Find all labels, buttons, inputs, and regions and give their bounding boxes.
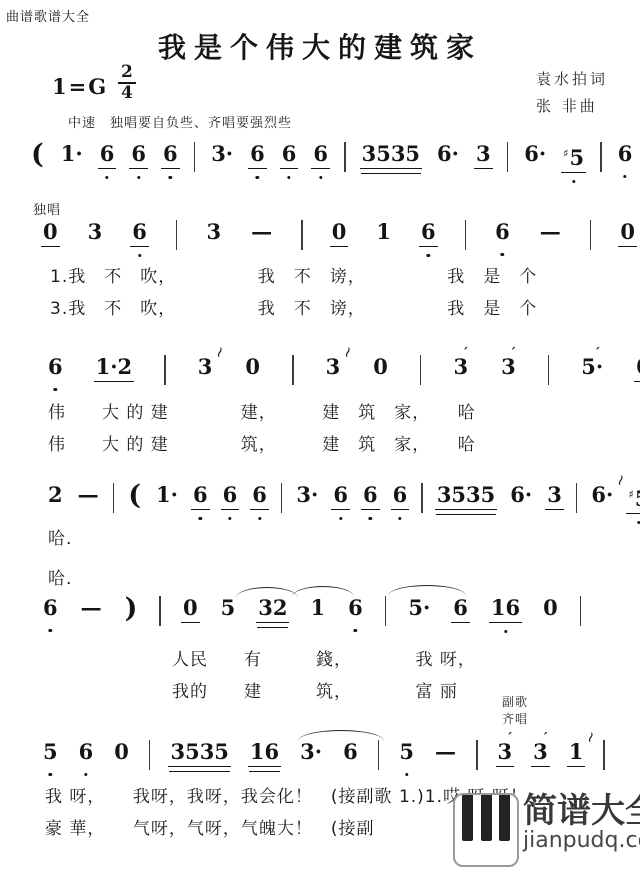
lyrics-line-2-verse-1: 1.我 不 吹， 我 不 谤， 我 是 个 [50, 262, 537, 287]
octave-dot [54, 388, 57, 391]
note: 3 [85, 220, 106, 258]
note: 6 [360, 483, 381, 522]
music-line-5: 6—)0532165·6160 [40, 596, 583, 636]
octave-dot [504, 630, 507, 633]
tempo-marking: 中速 独唱要自负些、齐唱要强烈些 [68, 112, 292, 131]
music-line-2: 0363—0166—0532 [40, 220, 640, 259]
music-line-3: 61·23≀03≀03ˊ3ˊ5·ˊ01 [45, 355, 640, 394]
note: 3ˊ [530, 740, 551, 779]
dash-note: — [537, 220, 564, 258]
barline [507, 142, 509, 172]
note: 0 [540, 596, 561, 634]
barline [194, 142, 196, 172]
note: 6 [390, 483, 411, 522]
lyrics-line-5-verse-1: 人民 有 錢， 我 呀， [172, 645, 476, 670]
note: 3535 [167, 740, 231, 779]
octave-dot [169, 176, 172, 179]
note: 3 [203, 220, 224, 258]
lyrics-line-3-verse-3: 伟 大 的 建 筑， 建 筑 家， 哈 [48, 430, 476, 455]
parenthesis: ( [125, 483, 144, 523]
barline [159, 596, 161, 626]
octave-dot [228, 517, 231, 520]
note: 6 [279, 142, 300, 181]
barline [301, 220, 303, 250]
key-signature: 1=G [52, 74, 108, 99]
note: 6 [40, 596, 61, 634]
accent-icon: ˊ [509, 342, 516, 366]
note: 0 [617, 220, 638, 259]
octave-dot [287, 176, 290, 179]
octave-dot [354, 629, 357, 632]
barline [476, 740, 478, 770]
note: 0 [111, 740, 132, 778]
lyrics-line-2-verse-3: 3.我 不 吹， 我 不 谤， 我 是 个 [50, 294, 537, 319]
sharp-icon: ♯ [628, 488, 633, 501]
barline [603, 740, 605, 770]
note: 32 [255, 596, 290, 635]
sheet-music-page: 曲谱歌谱大全 我是个伟大的建筑家 1=G 2 4 袁水拍词 张 非曲 中速 独唱… [0, 0, 640, 872]
barline [164, 355, 166, 385]
note: 0 [370, 355, 391, 393]
barline [590, 220, 592, 250]
note: 6· [434, 142, 462, 180]
dash-note: — [248, 220, 275, 258]
barline [548, 355, 550, 385]
note: 6 [128, 142, 149, 181]
note: 1 [373, 220, 394, 258]
lyrics-line-5-verse-3: 我的 建 筑， 富 丽 [172, 677, 458, 702]
sharp-icon: ♯ [563, 147, 568, 160]
note: 5·ˊ [578, 355, 606, 393]
barline [378, 740, 380, 770]
octave-dot [138, 254, 141, 257]
note: 5 [396, 740, 417, 778]
note: 6 [492, 220, 513, 258]
note: 2 [45, 483, 66, 521]
note: 6 [190, 483, 211, 522]
note: 6 [45, 355, 66, 393]
octave-dot [105, 176, 108, 179]
octave-dot [319, 176, 322, 179]
note: 16 [247, 740, 282, 779]
chorus-label: 副歌 齐唱 [502, 694, 528, 728]
ornament-icon: ≀ [213, 340, 226, 365]
note: 3≀ [323, 355, 344, 393]
note: 01 [633, 355, 640, 394]
octave-dot [49, 773, 52, 776]
note: 6 [76, 740, 97, 778]
note: 3≀ [195, 355, 216, 393]
note: 1≀ [566, 740, 587, 779]
note: 16 [488, 596, 523, 635]
barline [465, 220, 467, 250]
note: 6 [97, 142, 118, 181]
barline [420, 355, 422, 385]
octave-dot [339, 517, 342, 520]
note: 3· [293, 483, 321, 521]
octave-dot [501, 253, 504, 256]
note: 5 [218, 596, 239, 634]
barline [421, 483, 423, 513]
note: 0 [180, 596, 201, 635]
accent-icon: ˊ [462, 342, 469, 366]
octave-dot [137, 176, 140, 179]
octave-dot [398, 517, 401, 520]
octave-dot [84, 773, 87, 776]
lyrics-line-4-verse-3: 哈. [48, 564, 72, 589]
note: 3ˊ [498, 355, 519, 393]
octave-dot [623, 175, 626, 178]
note: 3ˊ [495, 740, 516, 779]
accent-icon: ˊ [506, 727, 513, 751]
accent-icon: ˊ [542, 727, 549, 751]
note: 6 [249, 483, 270, 522]
chorus-label-top: 副歌 [502, 694, 528, 711]
note: 3 [473, 142, 494, 181]
barline [281, 483, 283, 513]
note: 6 [247, 142, 268, 181]
note: 6 [450, 596, 471, 635]
octave-dot [369, 517, 372, 520]
note: 3535 [434, 483, 498, 522]
note: 0 [40, 220, 61, 259]
note: ♯5 [560, 142, 587, 185]
note: 5 [40, 740, 61, 778]
octave-dot [256, 176, 259, 179]
chorus-label-bottom: 齐唱 [502, 711, 528, 728]
note: 3 [544, 483, 565, 522]
meter-denominator: 4 [118, 84, 136, 102]
barline [576, 483, 578, 513]
ornament-icon: ≀ [584, 725, 597, 750]
octave-dot [49, 629, 52, 632]
lyrics-line-6-verse-3: 豪 華， 气呀，气呀，气魄大！ (接副 [45, 814, 375, 839]
logo-domain: jianpudq.com [523, 829, 640, 853]
lyrics-line-3-verse-1: 伟 大 的 建 建， 建 筑 家， 哈 [48, 398, 476, 423]
barline [292, 355, 294, 385]
note: 1 [307, 596, 328, 634]
dash-note: — [75, 483, 102, 521]
credits: 袁水拍词 张 非曲 [536, 66, 608, 120]
note: 0 [242, 355, 263, 393]
barline [149, 740, 151, 770]
octave-dot [572, 180, 575, 183]
barline [580, 596, 582, 626]
barline [385, 596, 387, 626]
meter-numerator: 2 [118, 64, 136, 84]
parenthesis: ( [28, 142, 47, 182]
note: 6 [160, 142, 181, 181]
page-title: 我是个伟大的建筑家 [0, 26, 640, 66]
barline [176, 220, 178, 250]
credit-lyricist: 袁水拍词 [536, 66, 608, 93]
note: 6· [521, 142, 549, 180]
site-logo: 简谱大全 jianpudq.com [453, 793, 640, 867]
octave-dot [258, 517, 261, 520]
note: 6 [615, 142, 636, 180]
piano-keys-icon [453, 793, 519, 867]
note: 6 [340, 740, 361, 778]
lyrics-line-4-verse-1: 哈. [48, 524, 72, 549]
note: 1· [58, 142, 86, 180]
note: 6 [330, 483, 351, 522]
octave-dot [199, 517, 202, 520]
note: 3· [208, 142, 236, 180]
barline [113, 483, 115, 513]
music-line-1: (1·6663·66635356·36·♯56—) [28, 142, 640, 185]
note: 3535 [359, 142, 423, 181]
music-line-4: 2—(1·6663·66635356·36·≀♯5 [45, 483, 640, 526]
parenthesis: ) [122, 596, 141, 636]
note: 3· [297, 740, 325, 778]
barline [600, 142, 602, 172]
note: 6 [310, 142, 331, 181]
solo-label: 独唱 [33, 199, 61, 218]
note: 6· [507, 483, 535, 521]
note: 5· [405, 596, 433, 634]
note: 6 [345, 596, 366, 634]
dash-note: — [78, 596, 105, 634]
logo-text: 简谱大全 jianpudq.com [523, 793, 640, 853]
note: 3ˊ [450, 355, 471, 393]
note: 1· [153, 483, 181, 521]
music-line-6: 5603535163·65—3ˊ3ˊ1≀ [40, 740, 607, 779]
accent-icon: ˊ [594, 342, 601, 366]
dash-note: — [432, 740, 459, 778]
note: 6 [129, 220, 150, 259]
note: 0 [329, 220, 350, 259]
barline [344, 142, 346, 172]
octave-dot [405, 773, 408, 776]
note: 1·2 [93, 355, 136, 394]
note: ♯5 [625, 483, 640, 526]
time-signature: 2 4 [118, 64, 136, 102]
note: 6 [418, 220, 439, 259]
ornament-icon: ≀ [341, 340, 354, 365]
logo-site-name: 简谱大全 [523, 793, 640, 829]
octave-dot [427, 254, 430, 257]
site-label: 曲谱歌谱大全 [6, 6, 90, 25]
note: 6·≀ [588, 483, 616, 521]
credit-composer: 张 非曲 [536, 93, 608, 120]
note: 6 [220, 483, 241, 522]
